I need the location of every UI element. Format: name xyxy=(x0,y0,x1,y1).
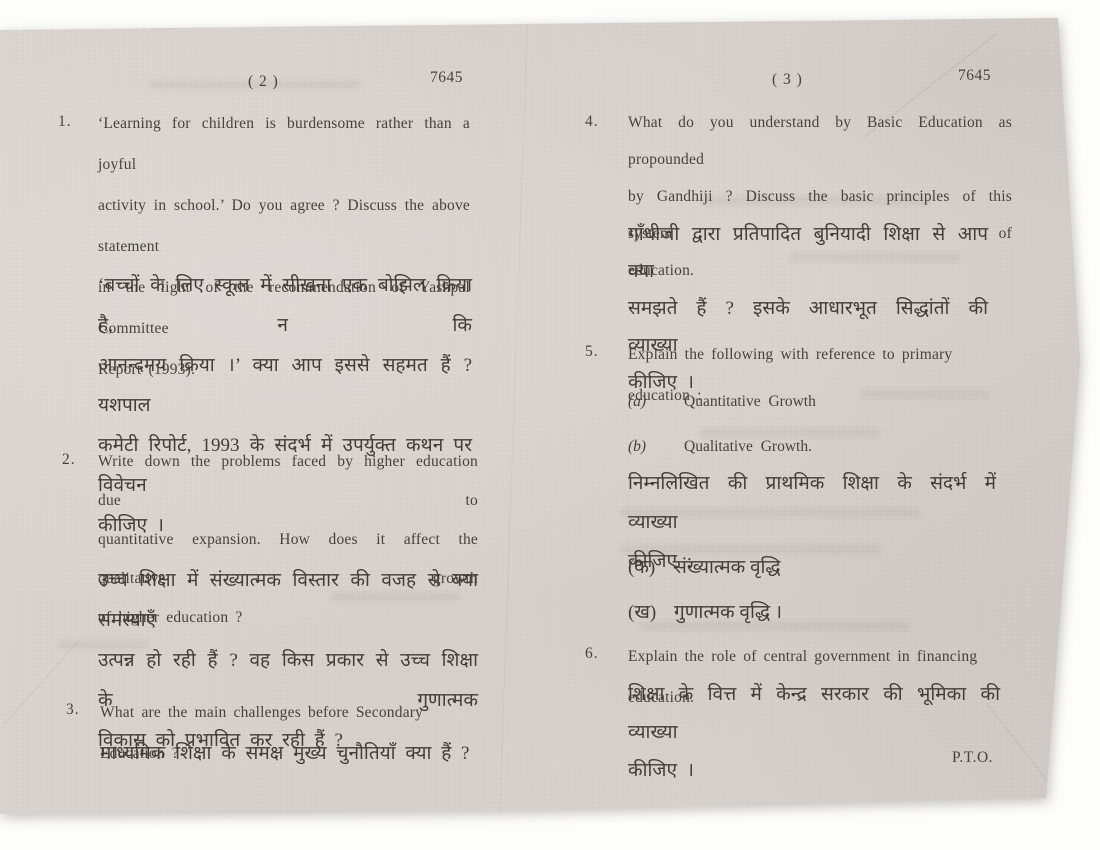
question-5-item-kha: (ख) गुणात्मक वृद्धि । xyxy=(628,593,1008,633)
question-text-line: Write down the problems faced by higher … xyxy=(98,442,478,520)
question-text-line: ‘Learning for children is burdensome rat… xyxy=(98,103,470,185)
list-label: (क) xyxy=(628,548,674,588)
list-label: (b) xyxy=(628,426,684,467)
list-label: (a) xyxy=(628,381,684,422)
question-6-hindi: शिक्षा के वित्त में केन्द्र सरकार की भूम… xyxy=(628,676,1000,790)
question-5-item-b: (b) Qualitative Growth. xyxy=(628,426,1008,467)
question-3-hindi: माध्यमिक शिक्षा के समक्ष मुख्य चुनौतियाँ… xyxy=(100,734,480,774)
question-number: 3. xyxy=(66,700,80,720)
pto-label: P.T.O. xyxy=(952,748,993,768)
question-number: 5. xyxy=(585,342,599,362)
paper-shadow-wrap: ( 2 ) 7645 1. ‘Learning for children is … xyxy=(0,0,1100,850)
page-number: ( 2 ) xyxy=(248,72,279,92)
question-number: 1. xyxy=(58,112,72,132)
question-text-line: निम्नलिखित की प्राथमिक शिक्षा के संदर्भ … xyxy=(628,464,996,542)
question-text-line: activity in school.’ Do you agree ? Disc… xyxy=(98,185,470,267)
list-text: गुणात्मक वृद्धि । xyxy=(674,593,782,633)
question-paper-scan: ( 2 ) 7645 1. ‘Learning for children is … xyxy=(0,0,1100,850)
paper-code: 7645 xyxy=(958,66,991,86)
list-text: संख्यात्मक वृद्धि xyxy=(674,548,781,588)
list-label: (ख) xyxy=(628,593,674,633)
question-number: 4. xyxy=(585,112,599,132)
question-text-line: गाँधीजी द्वारा प्रतिपादित बुनियादी शिक्ष… xyxy=(628,216,988,290)
question-text-line: आनन्दमय क्रिया ।’ क्या आप इससे सहमत हैं … xyxy=(98,346,472,426)
list-text: Quantitative Growth xyxy=(684,381,816,422)
top-left-crease xyxy=(150,24,240,31)
question-text-line: कीजिए । xyxy=(628,752,1000,790)
question-number: 2. xyxy=(62,450,76,470)
question-text-line: शिक्षा के वित्त में केन्द्र सरकार की भूम… xyxy=(628,676,1000,752)
center-fold-crease xyxy=(499,22,529,814)
question-text-line: उच्च शिक्षा में संख्यात्मक विस्तार की वज… xyxy=(98,561,478,641)
list-text: Qualitative Growth. xyxy=(684,426,812,467)
paper-code: 7645 xyxy=(430,68,463,88)
question-text-line: What do you understand by Basic Educatio… xyxy=(628,104,1012,178)
page-number: ( 3 ) xyxy=(772,70,803,90)
question-number: 6. xyxy=(585,644,599,664)
question-5-item-ka: (क) संख्यात्मक वृद्धि xyxy=(628,548,1008,588)
bottom-right-crease xyxy=(987,704,1075,816)
scanned-document-backdrop: ( 2 ) 7645 1. ‘Learning for children is … xyxy=(0,0,1100,850)
question-text-line: ‘बच्चों के लिए स्कूल में सीखना एक बोझिल … xyxy=(98,266,472,346)
question-text-line: माध्यमिक शिक्षा के समक्ष मुख्य चुनौतियाँ… xyxy=(100,734,480,774)
question-5-item-a: (a) Quantitative Growth xyxy=(628,381,1008,422)
